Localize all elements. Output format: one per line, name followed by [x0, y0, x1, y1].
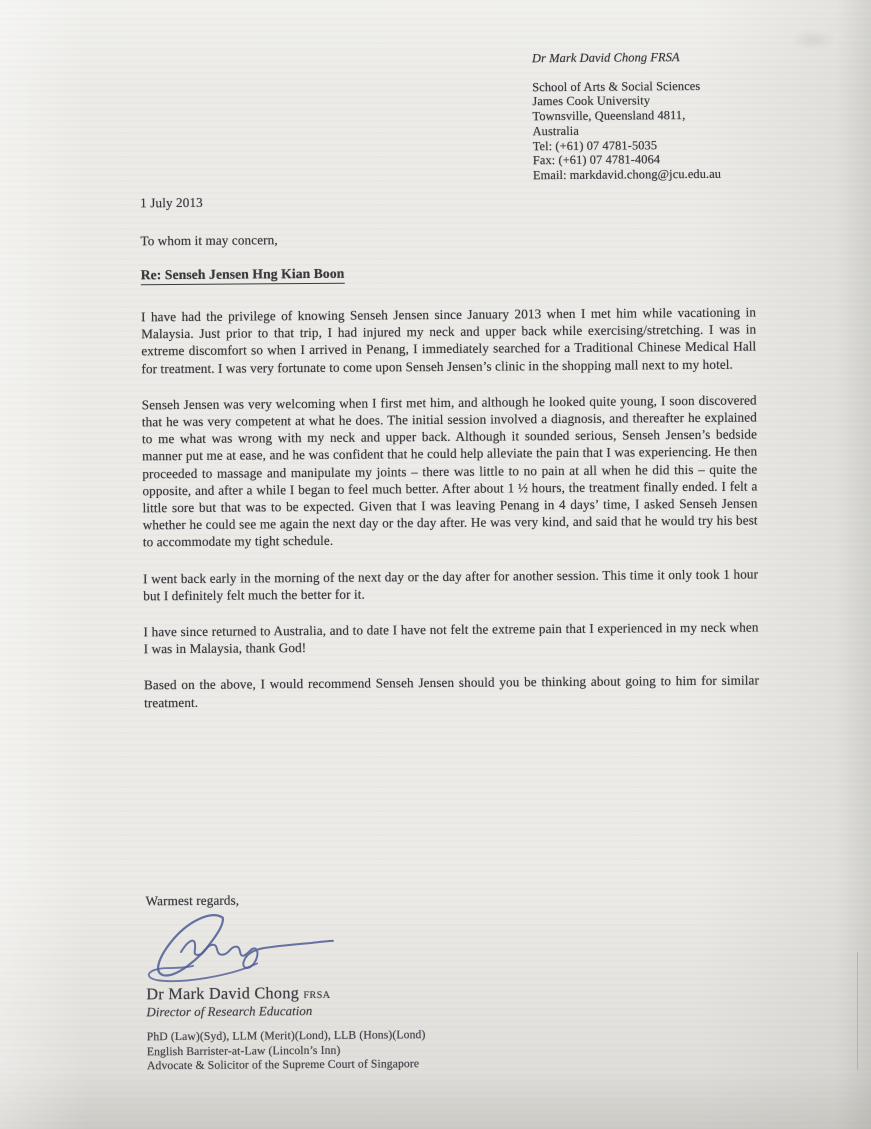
paragraph-4: I have since returned to Australia, and … — [143, 619, 758, 658]
sender-block: Dr Mark David Chong FRSA School of Arts … — [532, 49, 765, 182]
credentials-block: PhD (Law)(Syd), LLM (Merit)(Lond), LLB (… — [147, 1028, 426, 1074]
sender-email-line: Email: markdavid.chong@jcu.edu.au — [533, 166, 765, 183]
salutation: To whom it may concern, — [140, 232, 277, 249]
letter-body: I have had the privilege of knowing Sens… — [141, 303, 759, 730]
signoff-name-line: Dr Mark David Chong FRSA — [146, 983, 425, 1004]
paragraph-2: Senseh Jensen was very welcoming when I … — [142, 391, 758, 551]
signoff-name: Dr Mark David Chong — [146, 984, 299, 1003]
paragraph-3: I went back early in the morning of the … — [143, 565, 758, 604]
signoff-postnominal: FRSA — [303, 990, 330, 1001]
scanned-letter-page: Dr Mark David Chong FRSA School of Arts … — [0, 0, 871, 1129]
letter-date: 1 July 2013 — [140, 195, 203, 211]
paragraph-5: Based on the above, I would recommend Se… — [144, 672, 759, 711]
sender-name: Dr Mark David Chong FRSA — [532, 49, 764, 66]
signoff-title: Director of Research Education — [146, 1003, 425, 1020]
signoff-block: Dr Mark David Chong FRSA Director of Res… — [146, 983, 425, 1074]
paragraph-1: I have had the privilege of knowing Sens… — [141, 303, 757, 377]
credential-line: PhD (Law)(Syd), LLM (Merit)(Lond), LLB (… — [147, 1028, 426, 1045]
subject-line: Re: Senseh Jensen Hng Kian Boon — [141, 266, 345, 286]
signature — [139, 907, 346, 989]
letter-content: Dr Mark David Chong FRSA School of Arts … — [0, 0, 871, 1129]
sender-address: School of Arts & Social Sciences James C… — [532, 78, 765, 183]
credential-line: Advocate & Solicitor of the Supreme Cour… — [147, 1057, 426, 1074]
